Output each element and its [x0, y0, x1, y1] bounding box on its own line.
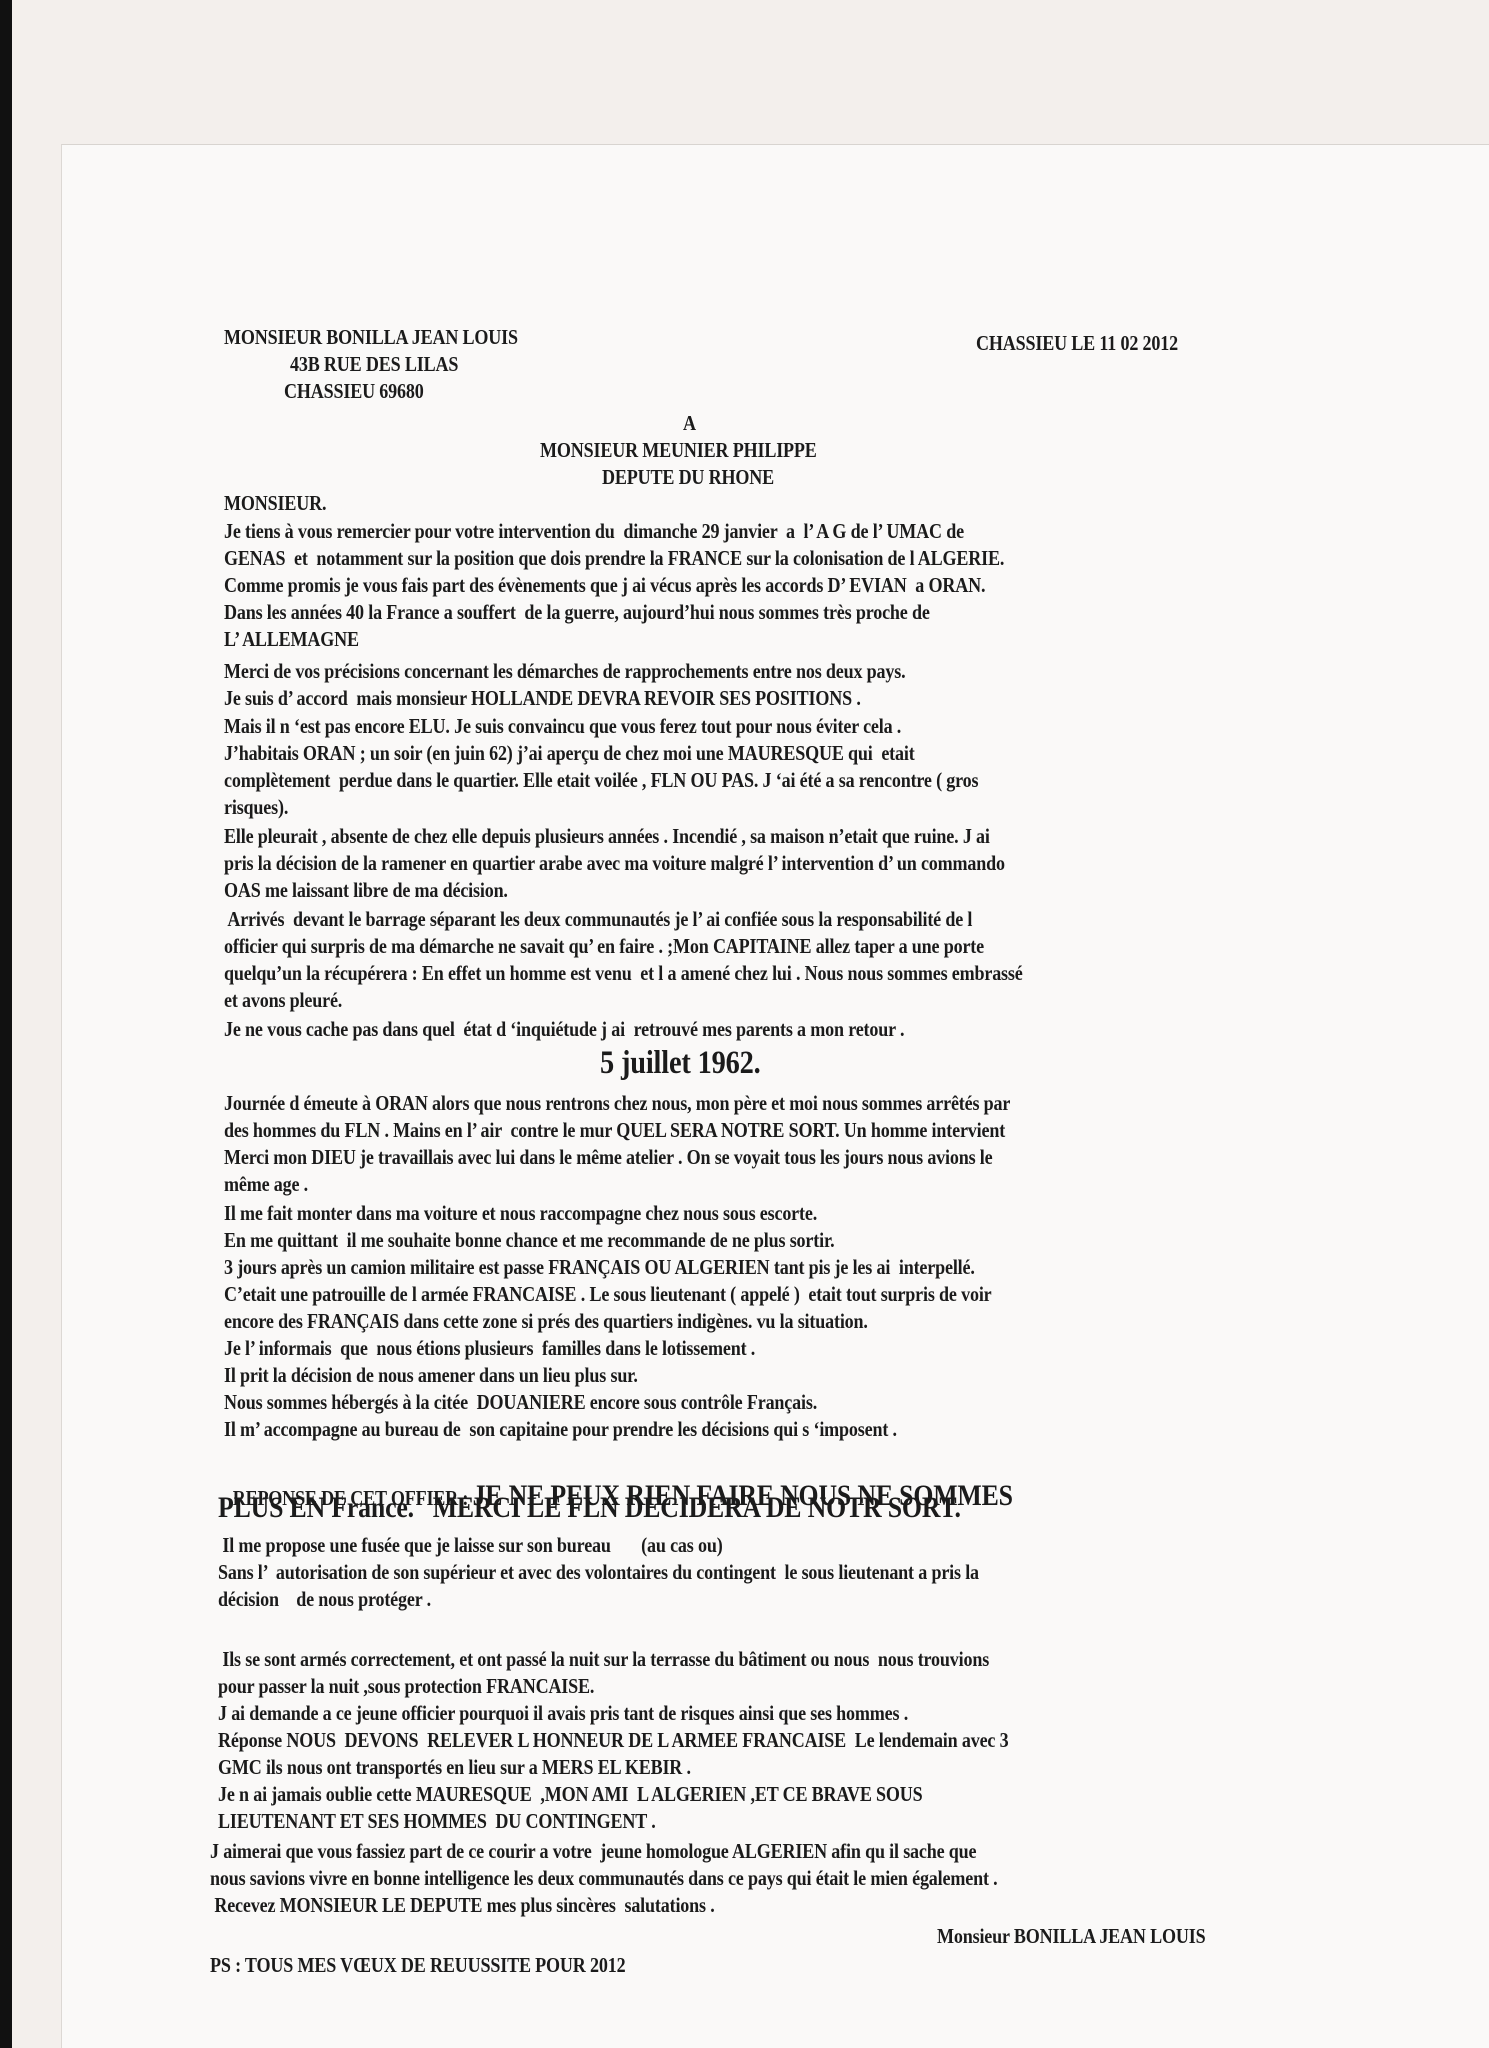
body-line: complètement perdue dans le quartier. El… [224, 767, 978, 793]
body-line: Dans les années 40 la France a souffert … [224, 599, 930, 625]
signature: Monsieur BONILLA JEAN LOUIS [937, 1923, 1205, 1949]
body-line: Comme promis je vous fais part des évène… [224, 572, 985, 598]
body-line: pris la décision de la ramener en quarti… [224, 850, 1005, 876]
body-line: J’habitais ORAN ; un soir (en juin 62) j… [224, 740, 915, 766]
body-line: OAS me laissant libre de ma décision. [224, 877, 508, 903]
body-line: Journée d émeute à ORAN alors que nous r… [224, 1090, 1010, 1116]
body-line: GENAS et notamment sur la position que d… [224, 545, 1004, 571]
body-line: Merci mon DIEU je travaillais avec lui d… [224, 1144, 993, 1170]
recipient-title: DEPUTE DU RHONE [602, 464, 774, 490]
body-line: risques). [224, 794, 288, 820]
recipient-prefix: A [683, 410, 696, 436]
body-line: même age . [224, 1171, 308, 1197]
body-line: Nous sommes hébergés à la citée DOUANIER… [224, 1389, 817, 1415]
sender-address: 43B RUE DES LILAS [290, 351, 458, 377]
body-line: Sans l’ autorisation de son supérieur et… [218, 1559, 979, 1585]
scanner-edge [0, 0, 12, 2048]
date-heading: 5 juillet 1962. [600, 1044, 761, 1082]
body-line: Je tiens à vous remercier pour votre int… [224, 518, 964, 544]
body-line: 3 jours après un camion militaire est pa… [224, 1254, 975, 1280]
postscript: PS : TOUS MES VŒUX DE REUUSSITE POUR 201… [210, 1952, 625, 1978]
body-line: Elle pleurait , absente de chez elle dep… [224, 823, 990, 849]
body-line: Je suis d’ accord mais monsieur HOLLANDE… [224, 685, 861, 711]
body-line: J aimerai que vous fassiez part de ce co… [210, 1838, 976, 1864]
body-line: En me quittant il me souhaite bonne chan… [224, 1227, 834, 1253]
body-line: C’etait une patrouille de l armée FRANCA… [224, 1281, 992, 1307]
body-line: L’ ALLEMAGNE [224, 626, 359, 652]
sender-city: CHASSIEU 69680 [284, 378, 424, 404]
body-line: Réponse NOUS DEVONS RELEVER L HONNEUR DE… [218, 1727, 1008, 1753]
place-date: CHASSIEU LE 11 02 2012 [976, 330, 1178, 356]
body-line: Mais il n ‘est pas encore ELU. Je suis c… [224, 713, 901, 739]
body-line: Recevez MONSIEUR LE DEPUTE mes plus sinc… [210, 1892, 715, 1918]
body-line: des hommes du FLN . Mains en l’ air cont… [224, 1117, 1005, 1143]
body-line: encore des FRANÇAIS dans cette zone si p… [224, 1308, 868, 1334]
body-line: GMC ils nous ont transportés en lieu sur… [218, 1754, 691, 1780]
sender-name: MONSIEUR BONILLA JEAN LOUIS [224, 324, 518, 350]
body-line: pour passer la nuit ,sous protection FRA… [218, 1673, 594, 1699]
recipient-name: MONSIEUR MEUNIER PHILIPPE [540, 437, 817, 463]
body-line: Merci de vos précisions concernant les d… [224, 658, 905, 684]
body-line: Il me propose une fusée que je laisse su… [218, 1532, 723, 1558]
body-line: Il prit la décision de nous amener dans … [224, 1362, 638, 1388]
body-line: Ils se sont armés correctement, et ont p… [218, 1646, 989, 1672]
body-line: Je ne vous cache pas dans quel état d ‘i… [224, 1016, 904, 1042]
body-line: LIEUTENANT ET SES HOMMES DU CONTINGENT . [218, 1808, 656, 1834]
body-line: décision de nous protéger . [218, 1586, 431, 1612]
body-line: nous savions vivre en bonne intelligence… [210, 1865, 997, 1891]
body-line: Il m’ accompagne au bureau de son capita… [224, 1416, 897, 1442]
body-line: Je l’ informais que nous étions plusieur… [224, 1335, 755, 1361]
officer-reply-quote-2: PLUS EN France. MERCI LE FLN DECIDERA DE… [218, 1490, 961, 1526]
body-line: J ai demande a ce jeune officier pourquo… [218, 1700, 908, 1726]
body-line: Je n ai jamais oublie cette MAURESQUE ,M… [218, 1781, 923, 1807]
body-line: Arrivés devant le barrage séparant les d… [224, 906, 972, 932]
body-line: quelqu’un la récupérera : En effet un ho… [224, 960, 1023, 986]
body-line: officier qui surpris de ma démarche ne s… [224, 933, 984, 959]
salutation: MONSIEUR. [224, 490, 326, 516]
body-line: Il me fait monter dans ma voiture et nou… [224, 1200, 817, 1226]
body-line: et avons pleuré. [224, 987, 342, 1013]
